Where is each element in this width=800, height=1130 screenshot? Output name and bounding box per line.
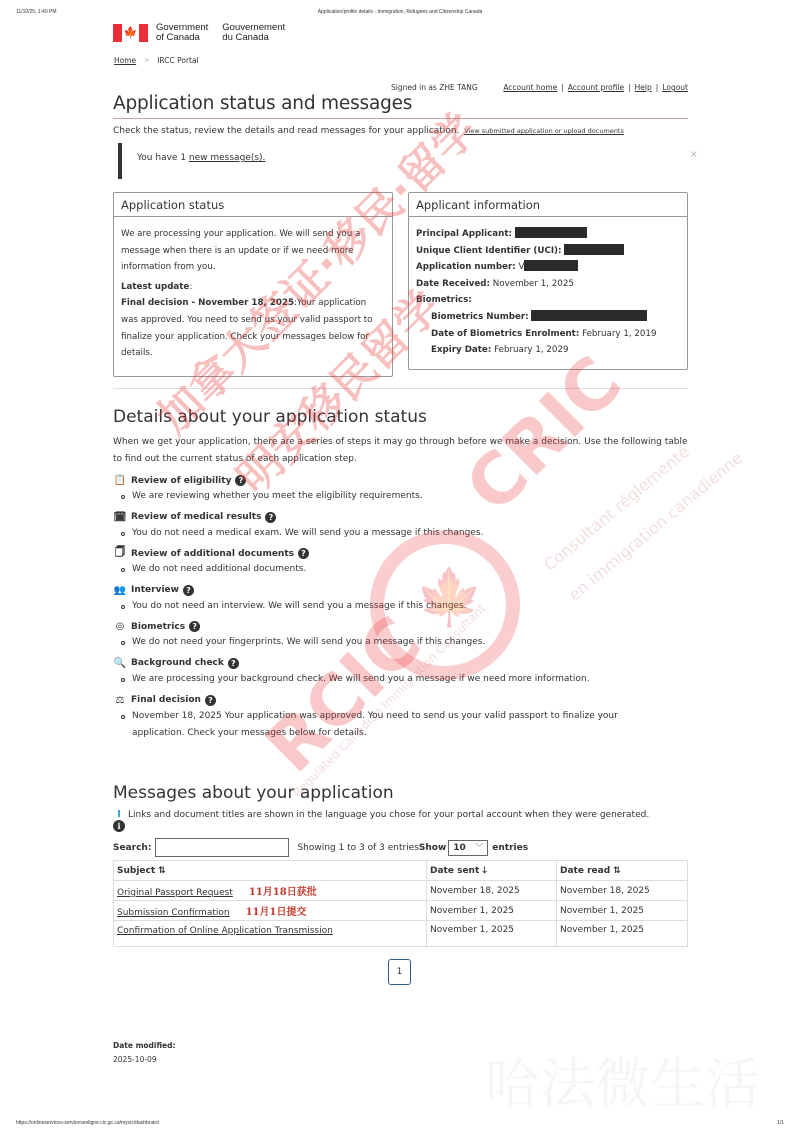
application-number: Application number: V xyxy=(416,259,680,276)
bullet-icon xyxy=(121,641,125,645)
table-controls: Search: Showing 1 to 3 of 3 entriesShow … xyxy=(113,838,528,857)
section-divider xyxy=(113,388,688,389)
details-intro: When we get your application, there are … xyxy=(113,434,698,467)
panel-title: Application status xyxy=(114,193,392,217)
interview-icon: 👥 xyxy=(113,583,127,597)
watermark-text: 哈法微生活 xyxy=(485,1040,760,1119)
column-subject[interactable]: Subject⇅ xyxy=(114,861,427,881)
help-icon[interactable]: ? xyxy=(189,621,200,632)
column-date-read[interactable]: Date read⇅ xyxy=(557,861,688,881)
signed-in-text: Signed in as ZHE TANG xyxy=(391,83,478,92)
help-icon[interactable]: ? xyxy=(228,658,239,669)
step-status: November 18, 2025 Your application was a… xyxy=(113,708,698,742)
message-subject-link[interactable]: Confirmation of Online Application Trans… xyxy=(117,926,333,936)
bullet-icon xyxy=(121,495,125,499)
step-item: 🗓 Review of medical results ? You do not… xyxy=(113,510,698,542)
scales-icon: ⚖ xyxy=(113,693,127,707)
canada-flag-icon: 🍁 xyxy=(113,24,148,42)
logout-link[interactable]: Logout xyxy=(662,83,688,92)
step-item: 🗍 Review of additional documents ? We do… xyxy=(113,546,698,578)
account-home-link[interactable]: Account home xyxy=(503,83,557,92)
divider: | xyxy=(561,83,564,92)
language-note-text: Links and document titles are shown in t… xyxy=(128,810,649,832)
date-received: Date Received: November 1, 2025 xyxy=(416,276,680,293)
redacted-block xyxy=(524,260,578,271)
annotation-note: 11月1日提交 xyxy=(246,907,307,918)
new-message-alert: You have 1 new message(s). × xyxy=(118,143,698,179)
redacted-block xyxy=(515,227,587,238)
step-status: You do not need a medical exam. We will … xyxy=(113,525,698,542)
breadcrumb-separator-icon: > xyxy=(144,57,149,64)
step-status: We do not need your fingerprints. We wil… xyxy=(113,634,698,651)
help-icon[interactable]: ? xyxy=(265,512,276,523)
step-item: ◎ Biometrics ? We do not need your finge… xyxy=(113,619,698,651)
date-sent-cell: November 1, 2025 xyxy=(427,901,557,921)
step-title-text: Review of additional documents xyxy=(131,549,294,559)
biometrics-enrolment-date: Date of Biometrics Enrolment: February 1… xyxy=(416,326,680,343)
pagination-page-1[interactable]: 1 xyxy=(388,959,411,985)
sort-descending-icon[interactable]: 🡓 xyxy=(482,866,487,876)
search-input[interactable] xyxy=(155,838,289,857)
medical-icon: 🗓 xyxy=(113,510,127,524)
step-status: We do not need additional documents. xyxy=(113,561,698,578)
date-read-cell: November 1, 2025 xyxy=(557,921,688,947)
application-steps: 📋 Review of eligibility ? We are reviewi… xyxy=(113,473,698,746)
intro-text: Check the status, review the details and… xyxy=(113,126,459,136)
eligibility-icon: 📋 xyxy=(113,474,127,488)
message-subject-link[interactable]: Submission Confirmation xyxy=(117,908,230,918)
step-title: ◎ Biometrics ? xyxy=(113,619,698,634)
page-title: Application status and messages xyxy=(113,93,412,114)
step-status-text: We are processing your background check.… xyxy=(132,671,652,688)
details-heading: Details about your application status xyxy=(113,407,427,427)
step-status-text: You do not need a medical exam. We will … xyxy=(132,525,652,542)
message-subject-link[interactable]: Original Passport Request xyxy=(117,888,233,898)
subject-cell: Confirmation of Online Application Trans… xyxy=(114,921,427,947)
column-date-sent[interactable]: Date sent🡓 xyxy=(427,861,557,881)
subject-cell: Original Passport Request11月18日获批 xyxy=(114,881,427,901)
help-link[interactable]: Help xyxy=(635,83,652,92)
language-note: i Links and document titles are shown in… xyxy=(113,810,649,832)
redacted-block xyxy=(531,310,647,321)
background-check-icon: 🔍 xyxy=(113,656,127,670)
date-read-cell: November 18, 2025 xyxy=(557,881,688,901)
government-of-canada-logo[interactable]: 🍁 Governmentof Canada Gouvernementdu Can… xyxy=(113,23,285,42)
info-icon: i xyxy=(113,820,125,832)
table-row: Original Passport Request11月18日获批 Novemb… xyxy=(114,881,688,901)
step-item: ⚖ Final decision ? November 18, 2025 You… xyxy=(113,693,698,742)
step-status-text: We do not need additional documents. xyxy=(132,561,652,578)
step-title-text: Interview xyxy=(131,585,179,595)
step-title-text: Review of medical results xyxy=(131,512,261,522)
search-label: Search: xyxy=(113,843,151,853)
entries-info: Showing 1 to 3 of 3 entries xyxy=(297,843,418,853)
bullet-icon xyxy=(121,605,125,609)
biometrics-label: Biometrics: xyxy=(416,292,680,309)
account-profile-link[interactable]: Account profile xyxy=(568,83,624,92)
messages-heading: Messages about your application xyxy=(113,783,394,803)
entries-label: entries xyxy=(492,843,528,853)
print-title: Application/profile details - Immigratio… xyxy=(16,9,784,15)
step-title: 👥 Interview ? xyxy=(113,583,698,598)
table-row: Confirmation of Online Application Trans… xyxy=(114,921,688,947)
step-title-text: Final decision xyxy=(131,695,201,705)
messages-table: Subject⇅ Date sent🡓 Date read⇅ Original … xyxy=(113,860,688,947)
step-status-text: You do not need an interview. We will se… xyxy=(132,598,652,615)
date-read-cell: November 1, 2025 xyxy=(557,901,688,921)
subject-cell: Submission Confirmation11月1日提交 xyxy=(114,901,427,921)
sort-icon[interactable]: ⇅ xyxy=(613,866,621,876)
breadcrumb-current: IRCC Portal xyxy=(157,56,198,65)
bullet-icon xyxy=(121,532,125,536)
close-icon[interactable]: × xyxy=(690,149,698,160)
step-title: 🗓 Review of medical results ? xyxy=(113,510,698,525)
help-icon[interactable]: ? xyxy=(183,585,194,596)
print-url: https://onlineservices-servicesenligne.c… xyxy=(16,1120,159,1126)
biometrics-expiry-date: Expiry Date: February 1, 2029 xyxy=(416,342,680,359)
date-modified-value: 2025-10-09 xyxy=(113,1053,176,1067)
help-icon[interactable]: ? xyxy=(298,548,309,559)
step-title: ⚖ Final decision ? xyxy=(113,693,698,708)
redacted-block xyxy=(564,244,624,255)
step-status-text: We are reviewing whether you meet the el… xyxy=(132,488,652,505)
biometrics-number: Biometrics Number: xyxy=(416,309,680,326)
uci: Unique Client Identifier (UCI): xyxy=(416,243,680,260)
step-title-text: Biometrics xyxy=(131,622,185,632)
step-item: 👥 Interview ? You do not need an intervi… xyxy=(113,583,698,615)
print-page-number: 1/1 xyxy=(777,1120,784,1126)
step-item: 🔍 Background check ? We are processing y… xyxy=(113,656,698,688)
step-title-text: Background check xyxy=(131,658,224,668)
show-label: Show xyxy=(419,843,446,853)
latest-update: Latest update: Final decision - November… xyxy=(121,279,385,362)
new-messages-link[interactable]: new message(s). xyxy=(189,153,265,163)
logo-text-en: Governmentof Canada xyxy=(156,23,208,42)
breadcrumb-home-link[interactable]: Home xyxy=(114,56,136,65)
alert-text: You have 1 xyxy=(137,153,189,163)
bullet-icon xyxy=(121,715,125,719)
divider: | xyxy=(656,83,659,92)
status-body: We are processing your application. We w… xyxy=(121,226,385,276)
annotation-note: 11月18日获批 xyxy=(249,887,317,898)
view-submitted-application-link[interactable]: View submitted application or upload doc… xyxy=(464,127,624,135)
alert-message: You have 1 new message(s). xyxy=(137,153,265,163)
breadcrumb: Home > IRCC Portal xyxy=(114,56,199,65)
step-item: 📋 Review of eligibility ? We are reviewi… xyxy=(113,473,698,505)
step-title-text: Review of eligibility xyxy=(131,476,231,486)
divider: | xyxy=(628,83,631,92)
title-divider xyxy=(113,118,688,119)
documents-icon: 🗍 xyxy=(113,547,127,561)
account-bar: Signed in as ZHE TANG Account home | Acc… xyxy=(391,83,688,92)
applicant-information-panel: Applicant information Principal Applican… xyxy=(408,192,688,370)
step-status-text: We do not need your fingerprints. We wil… xyxy=(132,634,652,651)
date-modified: Date modified: 2025-10-09 xyxy=(113,1039,176,1067)
step-status: We are processing your background check.… xyxy=(113,671,698,688)
logo-text-fr: Gouvernementdu Canada xyxy=(222,23,285,42)
date-sent-cell: November 1, 2025 xyxy=(427,921,557,947)
step-title: 🗍 Review of additional documents ? xyxy=(113,546,698,561)
bullet-icon xyxy=(121,568,125,572)
principal-applicant: Principal Applicant: xyxy=(416,226,680,243)
panel-title: Applicant information xyxy=(409,193,687,217)
fingerprint-icon: ◎ xyxy=(113,620,127,634)
page-size-select[interactable]: 10﹀ xyxy=(448,840,488,856)
help-icon[interactable]: ? xyxy=(205,695,216,706)
step-title: 🔍 Background check ? xyxy=(113,656,698,671)
application-status-panel: Application status We are processing you… xyxy=(113,192,393,377)
step-status: You do not need an interview. We will se… xyxy=(113,598,698,615)
table-row: Submission Confirmation11月1日提交 November … xyxy=(114,901,688,921)
chevron-down-icon: ﹀ xyxy=(475,842,483,853)
step-status-text: November 18, 2025 Your application was a… xyxy=(132,708,652,742)
bullet-icon xyxy=(121,678,125,682)
step-status: We are reviewing whether you meet the el… xyxy=(113,488,698,505)
sort-icon[interactable]: ⇅ xyxy=(158,866,166,876)
date-modified-label: Date modified: xyxy=(113,1039,176,1053)
step-title: 📋 Review of eligibility ? xyxy=(113,473,698,488)
date-sent-cell: November 18, 2025 xyxy=(427,881,557,901)
page-intro: Check the status, review the details and… xyxy=(113,126,624,136)
help-icon[interactable]: ? xyxy=(235,475,246,486)
